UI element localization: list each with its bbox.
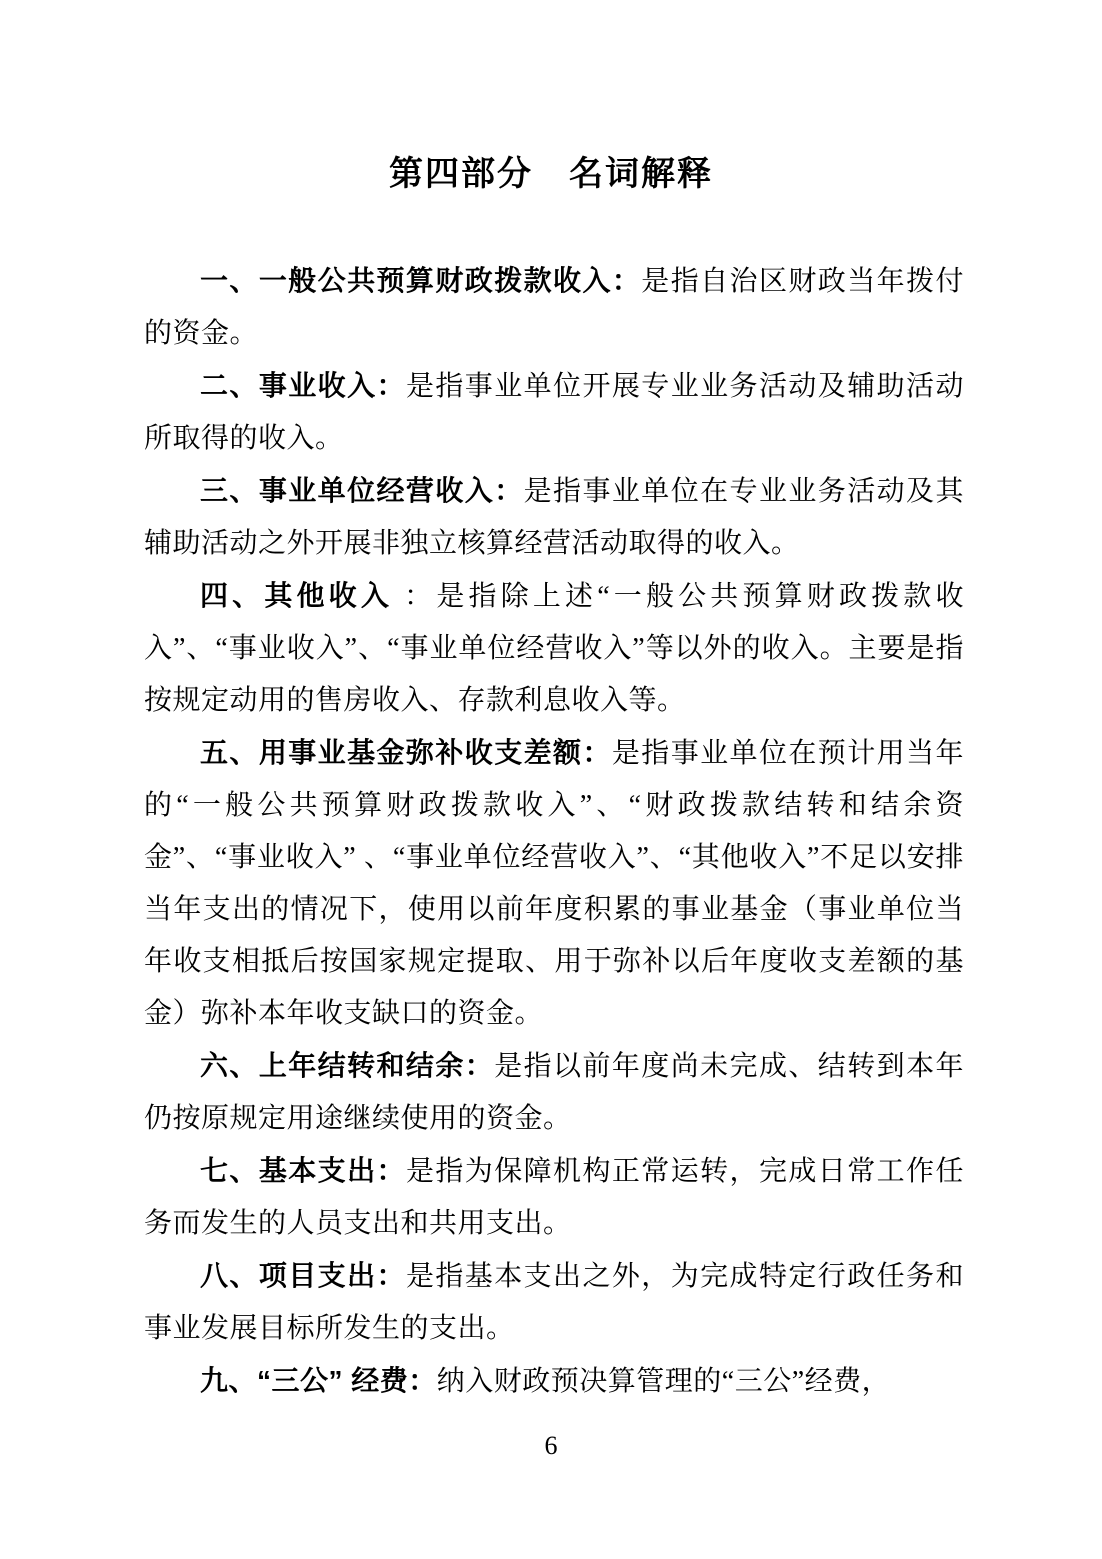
glossary-definition: 纳入财政预决算管理的“三公”经费， xyxy=(437,1366,890,1397)
glossary-term: 七、基本支出： xyxy=(200,1155,406,1186)
glossary-item-4: 四、其他收入 ：是指除上述“一般公共预算财政拨款收入”、“事业收入”、“事业单位… xyxy=(144,570,964,727)
glossary-item-8: 八、项目支出：是指基本支出之外，为完成特定行政任务和事业发展目标所发生的支出。 xyxy=(144,1250,964,1355)
glossary-item-5: 五、用事业基金弥补收支差额：是指事业单位在预计用当年的“一般公共预算财政拨款收入… xyxy=(144,727,964,1040)
glossary-content: 一、一般公共预算财政拨款收入：是指自治区财政当年拨付的资金。 二、事业收入：是指… xyxy=(144,255,964,1408)
glossary-item-6: 六、上年结转和结余：是指以前年度尚未完成、结转到本年仍按原规定用途继续使用的资金… xyxy=(144,1040,964,1145)
glossary-term: 一、一般公共预算财政拨款收入： xyxy=(200,265,641,296)
glossary-term: 六、上年结转和结余： xyxy=(200,1050,494,1081)
glossary-term: 八、项目支出： xyxy=(200,1260,406,1291)
glossary-item-3: 三、事业单位经营收入：是指事业单位在专业业务活动及其辅助活动之外开展非独立核算经… xyxy=(144,465,964,570)
glossary-item-2: 二、事业收入：是指事业单位开展专业业务活动及辅助活动所取得的收入。 xyxy=(144,360,964,465)
page-title: 第四部分 名词解释 xyxy=(0,154,1102,196)
glossary-definition: 是指事业单位在预计用当年的“一般公共预算财政拨款收入”、“财政拨款结转和结余资金… xyxy=(144,738,964,1029)
glossary-term: 四、其他收入 xyxy=(200,580,393,611)
document-page: 第四部分 名词解释 一、一般公共预算财政拨款收入：是指自治区财政当年拨付的资金。… xyxy=(0,0,1102,1559)
glossary-item-1: 一、一般公共预算财政拨款收入：是指自治区财政当年拨付的资金。 xyxy=(144,255,964,360)
glossary-term: 三、事业单位经营收入： xyxy=(200,475,524,506)
page-number: 6 xyxy=(0,1430,1102,1462)
glossary-term: 九、“三公” 经费： xyxy=(200,1365,437,1396)
glossary-term: 二、事业收入： xyxy=(200,370,406,401)
glossary-term: 五、用事业基金弥补收支差额： xyxy=(200,737,612,768)
glossary-item-9: 九、“三公” 经费：纳入财政预决算管理的“三公”经费， xyxy=(144,1355,964,1408)
glossary-item-7: 七、基本支出：是指为保障机构正常运转，完成日常工作任务而发生的人员支出和共用支出… xyxy=(144,1145,964,1250)
